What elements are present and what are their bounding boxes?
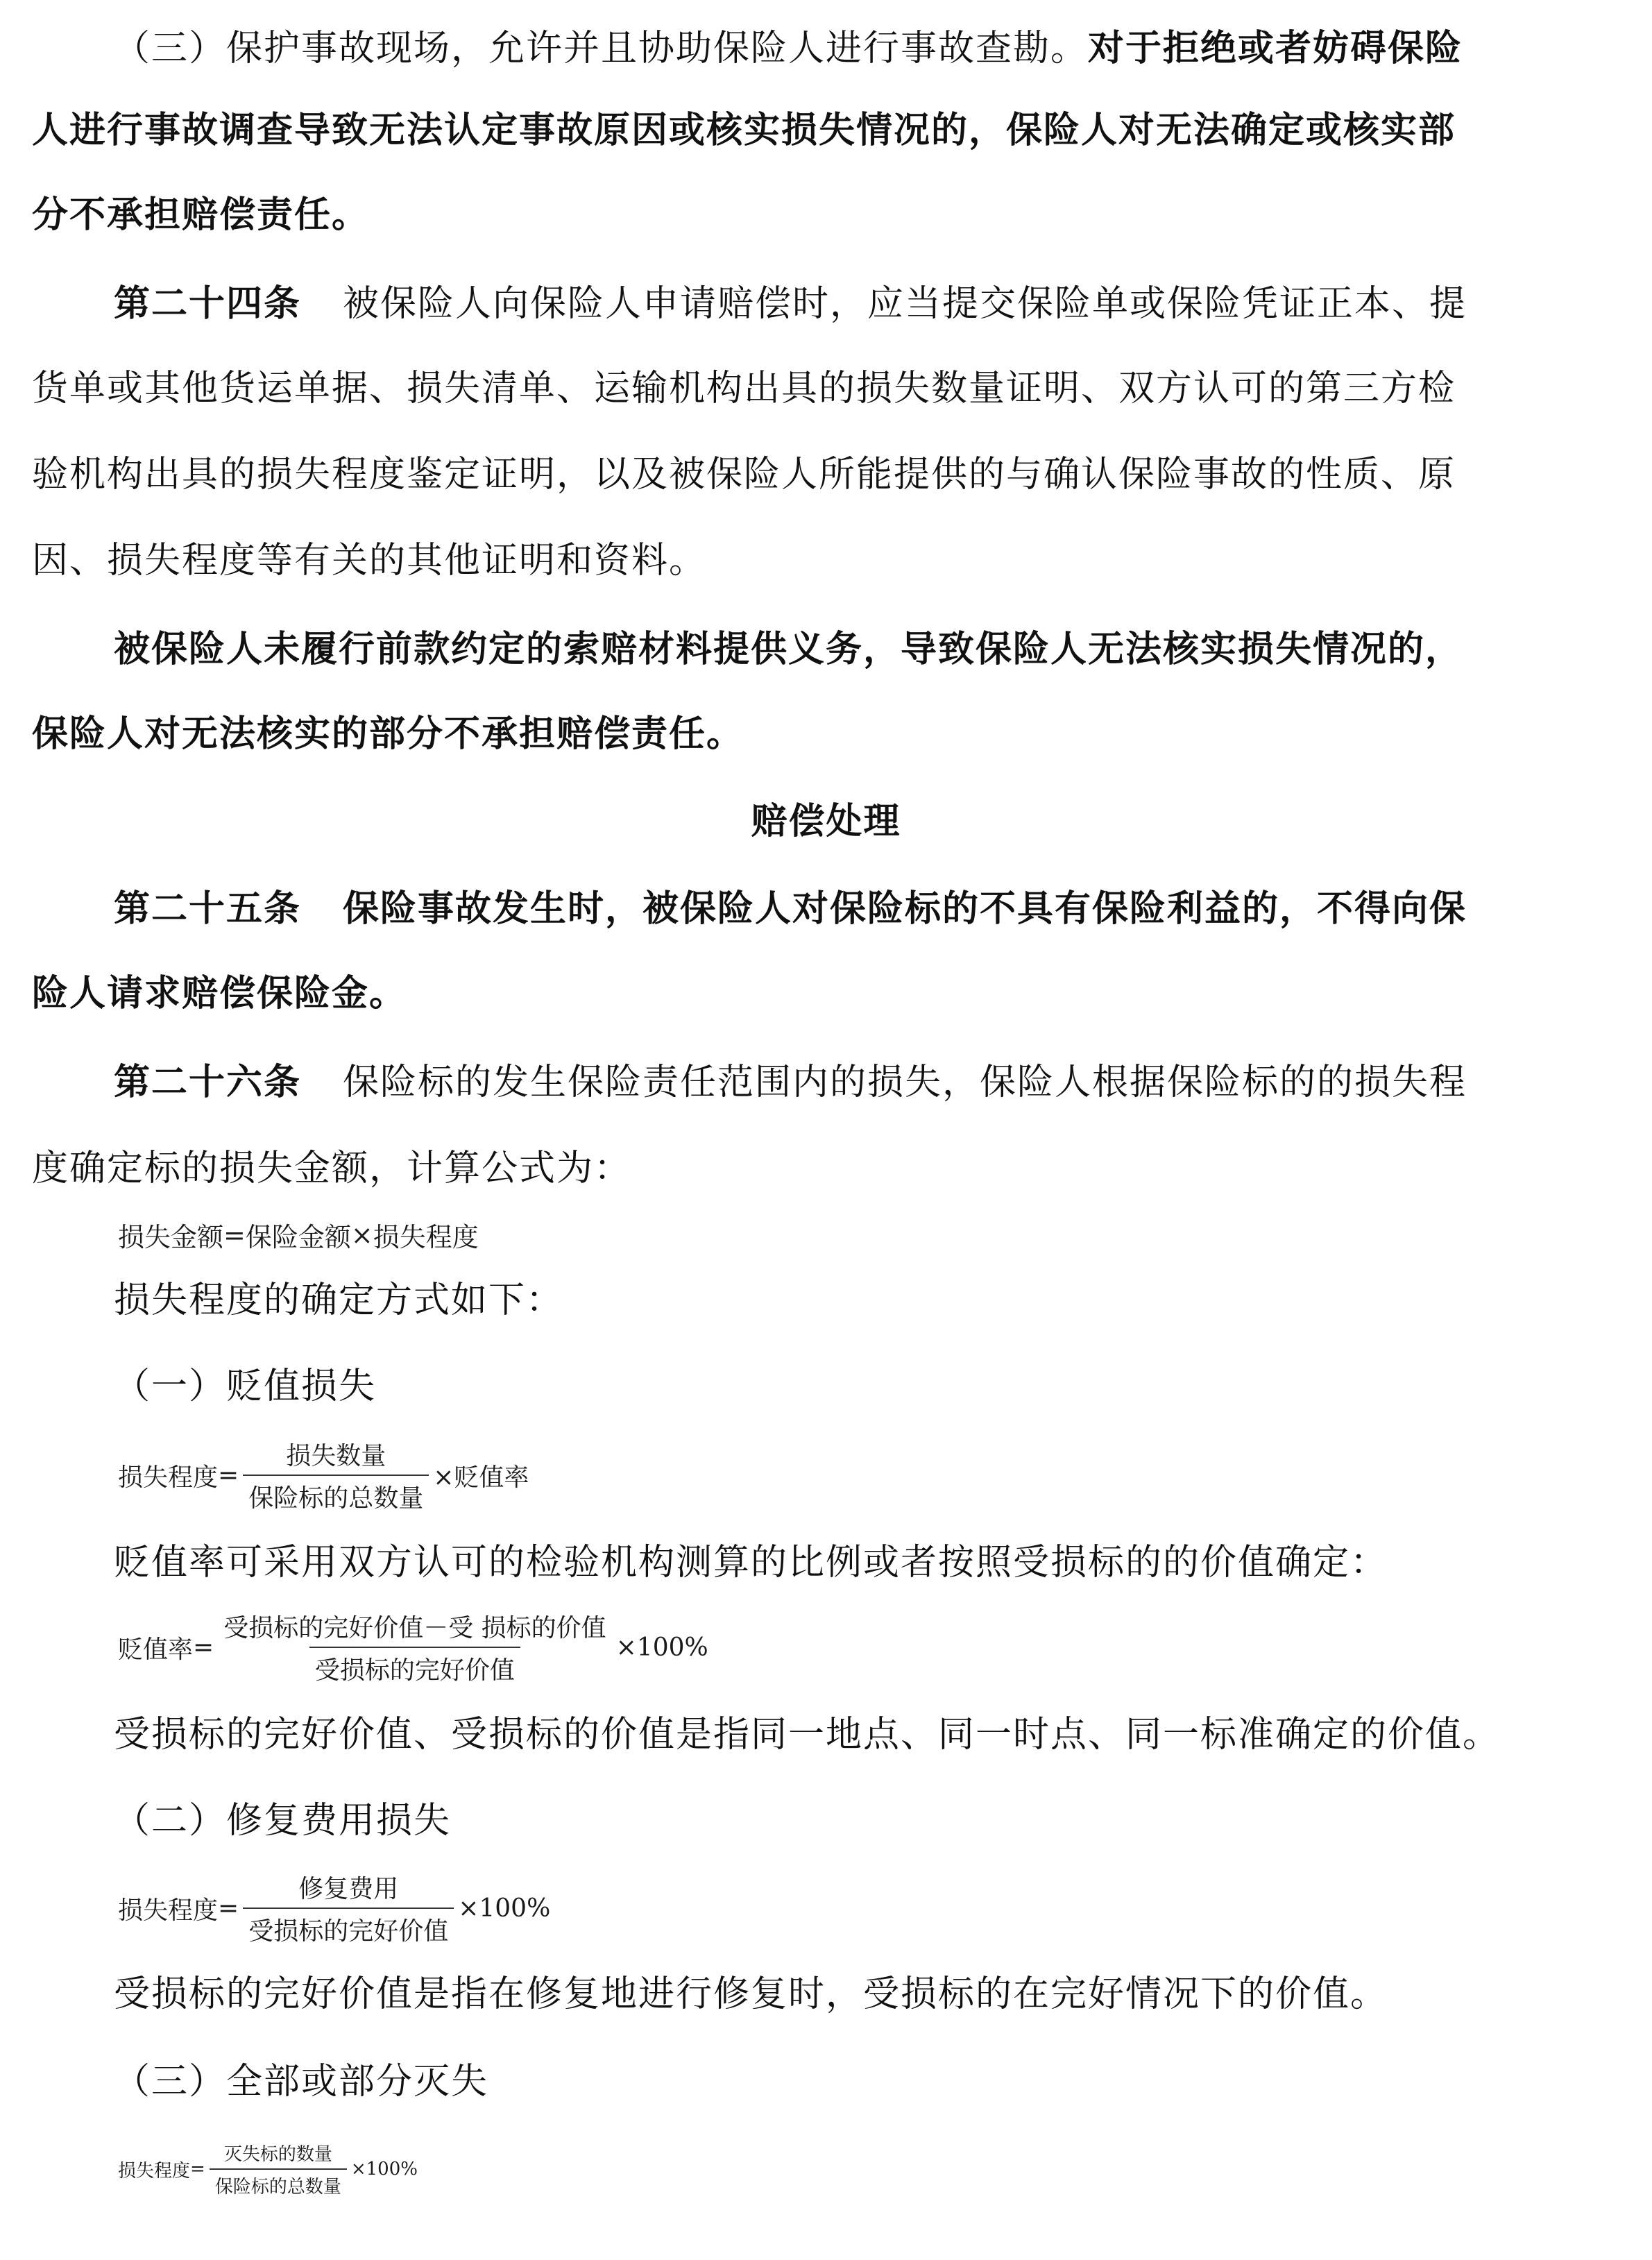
formula-term: 损失程度 xyxy=(373,1216,479,1254)
formula-eq: = xyxy=(223,1220,246,1250)
denominator: 保险标的总数量 xyxy=(243,1475,429,1514)
formula-lhs: 损失金额 xyxy=(118,1216,223,1254)
formula-operator: × xyxy=(351,1220,373,1250)
formula-depreciation-rate: 贬值率 = 受损标的完好价值－受 损标的价值 受损标的完好价值 ×100% xyxy=(118,1608,708,1686)
denominator: 受损标的完好价值 xyxy=(243,1908,454,1947)
formula-suffix: ×100% xyxy=(616,1633,708,1662)
formula-eq: = xyxy=(190,2159,205,2180)
article-24-line: 第二十四条被保险人向保险人申请赔偿时，应当提交保险单或保险凭证正本、提 xyxy=(114,282,1467,326)
formula-eq: = xyxy=(218,1461,239,1490)
paragraph-line: 险人请求赔偿保险金。 xyxy=(32,971,407,1016)
formula-loss-amount: 损失金额 = 保险金额 × 损失程度 xyxy=(118,1216,479,1254)
paragraph-line: 分不承担赔偿责任。 xyxy=(32,193,369,237)
article-25-line: 第二十五条保险事故发生时，被保险人对保险标的不具有保险利益的，不得向保 xyxy=(114,887,1467,931)
formula-suffix: ×100% xyxy=(458,1894,550,1923)
subsection-heading: （一）贬值损失 xyxy=(114,1364,376,1409)
clause-text: （三）保护事故现场，允许并且协助保险人进行事故查勘。 xyxy=(114,28,1088,69)
formula-lhs: 损失程度 xyxy=(118,1458,218,1493)
clause-bold-text: 对于拒绝或者妨碍保险 xyxy=(1088,28,1463,69)
paragraph-line: 损失程度的确定方式如下： xyxy=(114,1278,563,1323)
numerator: 修复费用 xyxy=(293,1869,404,1908)
article-26-line: 第二十六条保险标的发生保险责任范围内的损失，保险人根据保险标的的损失程 xyxy=(114,1060,1467,1105)
paragraph-line: （三）保护事故现场，允许并且协助保险人进行事故查勘。对于拒绝或者妨碍保险 xyxy=(114,26,1463,71)
formula-loss-total-degree: 损失程度 = 灭失标的数量 保险标的总数量 ×100% xyxy=(118,2140,418,2198)
paragraph-line: 验机构出具的损失程度鉴定证明，以及被保险人所能提供的与确认保险事故的性质、原 xyxy=(32,452,1456,497)
formula-eq: = xyxy=(218,1894,239,1923)
subsection-heading: （二）修复费用损失 xyxy=(114,1799,451,1843)
article-number: 第二十四条 xyxy=(114,283,301,325)
paragraph-line: 被保险人未履行前款约定的索赔材料提供义务，导致保险人无法核实损失情况的， xyxy=(114,627,1463,672)
formula-term: 保险金额 xyxy=(246,1216,351,1254)
formula-fraction: 受损标的完好价值－受 损标的价值 受损标的完好价值 xyxy=(218,1608,611,1686)
formula-fraction: 损失数量 保险标的总数量 xyxy=(243,1436,429,1514)
numerator: 受损标的完好价值－受 损标的价值 xyxy=(218,1608,611,1647)
formula-eq: = xyxy=(193,1633,214,1662)
paragraph-line: 货单或其他货运单据、损失清单、运输机构出具的损失数量证明、双方认可的第三方检 xyxy=(32,366,1456,411)
formula-repair-degree: 损失程度 = 修复费用 受损标的完好价值 ×100% xyxy=(118,1869,550,1947)
paragraph-line: 保险人对无法核实的部分不承担赔偿责任。 xyxy=(32,712,744,756)
formula-lhs: 损失程度 xyxy=(118,1891,218,1926)
denominator: 受损标的完好价值 xyxy=(309,1647,520,1686)
formula-fraction: 修复费用 受损标的完好价值 xyxy=(243,1869,454,1947)
numerator: 灭失标的数量 xyxy=(219,2140,338,2168)
formula-depreciation-degree: 损失程度 = 损失数量 保险标的总数量 ×贬值率 xyxy=(118,1436,529,1514)
subsection-heading: （三）全部或部分灭失 xyxy=(114,2059,488,2104)
document-page: （三）保护事故现场，允许并且协助保险人进行事故查勘。对于拒绝或者妨碍保险 人进行… xyxy=(0,0,1652,2260)
paragraph-line: 贬值率可采用双方认可的检验机构测算的比例或者按照受损标的的价值确定： xyxy=(114,1540,1388,1585)
denominator: 保险标的总数量 xyxy=(210,2168,347,2198)
paragraph-line: 人进行事故调查导致无法认定事故原因或核实损失情况的，保险人对无法确定或核实部 xyxy=(32,108,1456,153)
article-number: 第二十六条 xyxy=(114,1062,301,1103)
article-number: 第二十五条 xyxy=(114,888,301,930)
section-heading: 赔偿处理 xyxy=(0,799,1652,844)
formula-suffix: ×贬值率 xyxy=(433,1458,529,1493)
formula-fraction: 灭失标的数量 保险标的总数量 xyxy=(210,2140,347,2198)
paragraph-line: 受损标的完好价值、受损标的价值是指同一地点、同一时点、同一标准确定的价值。 xyxy=(114,1713,1500,1757)
formula-lhs: 损失程度 xyxy=(118,2157,190,2182)
formula-lhs: 贬值率 xyxy=(118,1630,193,1665)
paragraph-line: 受损标的完好价值是指在修复地进行修复时，受损标的在完好情况下的价值。 xyxy=(114,1972,1388,2016)
paragraph-line: 因、损失程度等有关的其他证明和资料。 xyxy=(32,538,706,583)
numerator: 损失数量 xyxy=(280,1436,391,1475)
paragraph-line: 度确定标的损失金额，计算公式为： xyxy=(32,1146,631,1191)
article-text: 保险标的发生保险责任范围内的损失，保险人根据保险标的的损失程 xyxy=(343,1062,1467,1103)
formula-suffix: ×100% xyxy=(351,2159,418,2180)
article-text: 被保险人向保险人申请赔偿时，应当提交保险单或保险凭证正本、提 xyxy=(343,283,1467,325)
article-text: 保险事故发生时，被保险人对保险标的不具有保险利益的，不得向保 xyxy=(343,888,1467,930)
